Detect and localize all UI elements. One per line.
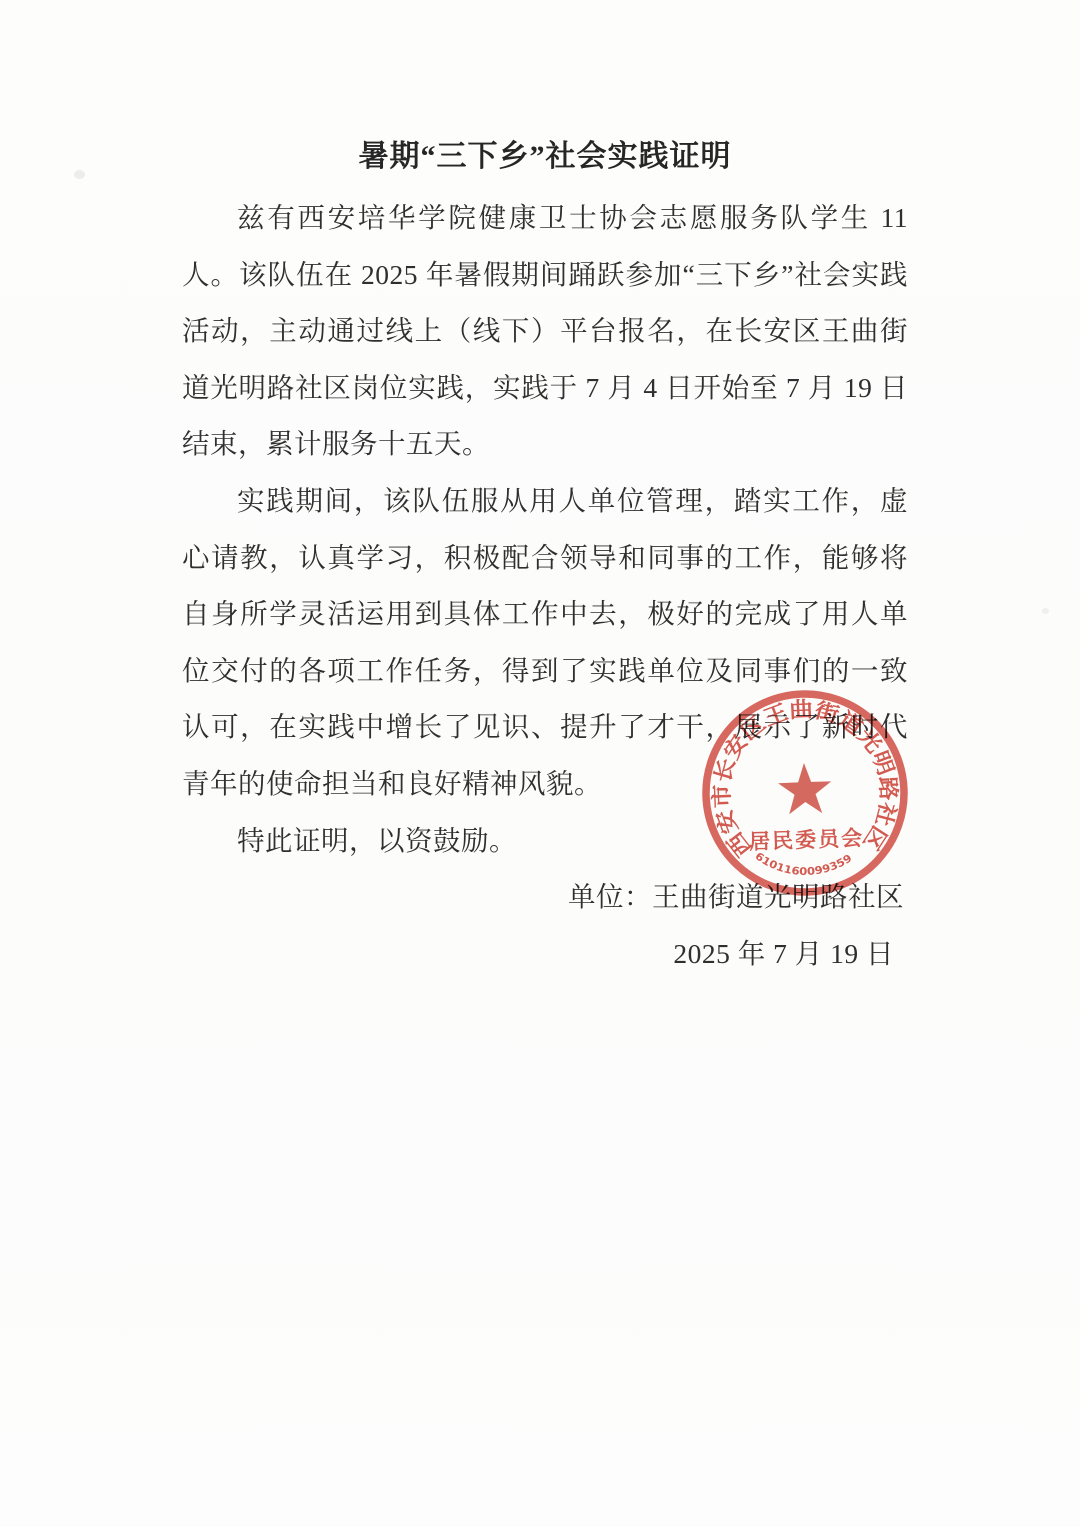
- signature-unit-line: 单位：王曲街道光明路社区: [182, 869, 904, 926]
- body-paragraph-1: 兹有西安培华学院健康卫士协会志愿服务队学生 11 人。该队伍在 2025 年暑假…: [182, 190, 908, 473]
- scan-artifact: [1042, 608, 1049, 614]
- closing-paragraph: 特此证明，以资鼓励。: [182, 813, 908, 870]
- certificate-document: 暑期“三下乡”社会实践证明 兹有西安培华学院健康卫士协会志愿服务队学生 11 人…: [182, 138, 908, 982]
- certificate-page: 暑期“三下乡”社会实践证明 兹有西安培华学院健康卫士协会志愿服务队学生 11 人…: [0, 0, 1080, 1527]
- scan-artifact: [74, 170, 85, 179]
- body-paragraph-2: 实践期间，该队伍服从用人单位管理，踏实工作，虚心请教，认真学习，积极配合领导和同…: [182, 473, 908, 813]
- signature-block: 单位：王曲街道光明路社区 2025 年 7 月 19 日: [182, 869, 908, 982]
- document-body: 兹有西安培华学院健康卫士协会志愿服务队学生 11 人。该队伍在 2025 年暑假…: [182, 190, 908, 869]
- signature-date-line: 2025 年 7 月 19 日: [182, 926, 894, 983]
- document-title: 暑期“三下乡”社会实践证明: [182, 138, 908, 176]
